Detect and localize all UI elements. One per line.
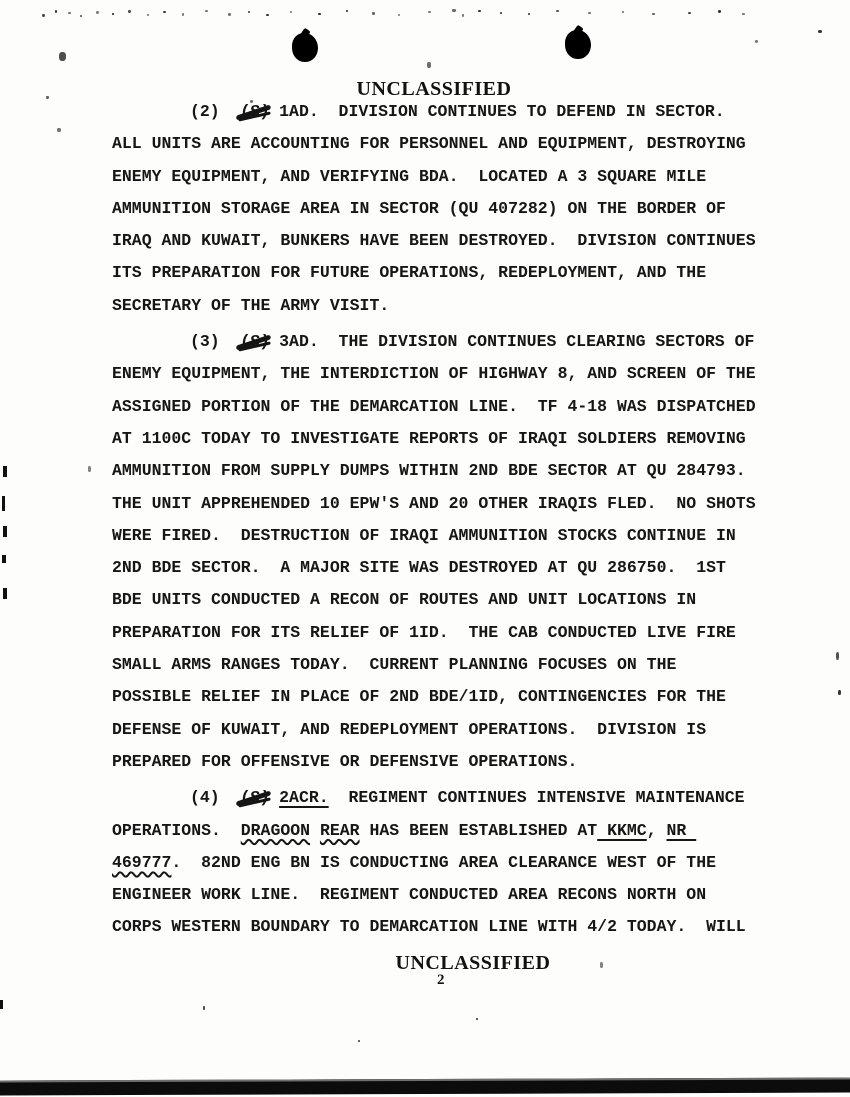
- scan-noise-speck: [358, 1040, 360, 1042]
- scan-noise-speck: [755, 40, 758, 43]
- text-line: ALL UNITS ARE ACCOUNTING FOR PERSONNEL A…: [112, 128, 792, 160]
- scan-noise-speck: [427, 62, 431, 68]
- text-segment: ,: [647, 821, 667, 840]
- text-segment: AMMUNITION FROM SUPPLY DUMPS WITHIN 2ND …: [112, 461, 746, 480]
- document-body: (2) (S) 1AD. DIVISION CONTINUES TO DEFEN…: [112, 96, 792, 944]
- scan-noise-speck: [462, 14, 464, 17]
- scan-noise-speck: [600, 962, 603, 968]
- text-segment: ENGINEER WORK LINE. REGIMENT CONDUCTED A…: [112, 885, 706, 904]
- text-line: SECRETARY OF THE ARMY VISIT.: [112, 290, 792, 322]
- scan-noise-speck: [80, 15, 82, 17]
- text-line: THE UNIT APPREHENDED 10 EPW'S AND 20 OTH…: [112, 488, 792, 520]
- scan-noise-speck: [112, 13, 114, 15]
- text-segment: ALL UNITS ARE ACCOUNTING FOR PERSONNEL A…: [112, 134, 746, 153]
- scan-noise-speck: [147, 14, 149, 16]
- scan-noise-speck: [266, 14, 269, 16]
- scan-noise-speck: [182, 13, 184, 16]
- scan-noise-speck: [228, 13, 231, 16]
- footer-classification: UNCLASSIFIED: [48, 952, 850, 975]
- text-segment: IRAQ AND KUWAIT, BUNKERS HAVE BEEN DESTR…: [112, 231, 756, 250]
- scan-noise-speck: [318, 13, 321, 15]
- page-number: 2: [437, 972, 445, 989]
- text-line: (3) (S) 3AD. THE DIVISION CONTINUES CLEA…: [112, 326, 792, 358]
- text-segment: WERE FIRED. DESTRUCTION OF IRAQI AMMUNIT…: [112, 526, 736, 545]
- text-segment: 2ND BDE SECTOR. A MAJOR SITE WAS DESTROY…: [112, 558, 726, 577]
- underlined-text: 469777: [112, 853, 171, 872]
- scan-edge-bar: [0, 1077, 850, 1095]
- scan-noise-speck: [622, 11, 624, 13]
- scan-noise-speck: [372, 12, 375, 15]
- text-segment: (3): [190, 332, 240, 351]
- scanned-page: UNCLASSIFIED (2) (S) 1AD. DIVISION CONTI…: [0, 0, 850, 1097]
- text-line: SMALL ARMS RANGES TODAY. CURRENT PLANNIN…: [112, 649, 792, 681]
- text-line: DEFENSE OF KUWAIT, AND REDEPLOYMENT OPER…: [112, 714, 792, 746]
- text-line: OPERATIONS. DRAGOON REAR HAS BEEN ESTABL…: [112, 815, 792, 847]
- scan-noise-speck: [96, 11, 99, 14]
- text-line: 2ND BDE SECTOR. A MAJOR SITE WAS DESTROY…: [112, 552, 792, 584]
- text-segment: (2): [190, 102, 240, 121]
- scan-noise-speck: [59, 52, 66, 61]
- underlined-text: DRAGOON: [241, 821, 310, 840]
- text-segment: CORPS WESTERN BOUNDARY TO DEMARCATION LI…: [112, 917, 746, 936]
- scan-noise-speck: [57, 128, 61, 132]
- text-segment: POSSIBLE RELIEF IN PLACE OF 2ND BDE/1ID,…: [112, 687, 726, 706]
- underlined-text: KKMC: [597, 821, 647, 840]
- text-segment: 1AD. DIVISION CONTINUES TO DEFEND IN SEC…: [269, 102, 724, 121]
- text-segment: BDE UNITS CONDUCTED A RECON OF ROUTES AN…: [112, 590, 696, 609]
- text-line: POSSIBLE RELIEF IN PLACE OF 2ND BDE/1ID,…: [112, 681, 792, 713]
- scan-noise-speck: [452, 9, 456, 12]
- text-line: ASSIGNED PORTION OF THE DEMARCATION LINE…: [112, 391, 792, 423]
- text-segment: OPERATIONS.: [112, 821, 241, 840]
- scan-noise-speck: [42, 14, 45, 17]
- margin-tick-mark: [2, 555, 6, 563]
- text-segment: ASSIGNED PORTION OF THE DEMARCATION LINE…: [112, 397, 756, 416]
- text-segment: DEFENSE OF KUWAIT, AND REDEPLOYMENT OPER…: [112, 720, 706, 739]
- scan-noise-speck: [476, 1018, 478, 1020]
- text-line: ENEMY EQUIPMENT, AND VERIFYING BDA. LOCA…: [112, 161, 792, 193]
- text-segment: AT 1100C TODAY TO INVESTIGATE REPORTS OF…: [112, 429, 746, 448]
- text-line: (4) (S) 2ACR. REGIMENT CONTINUES INTENSI…: [112, 782, 792, 814]
- hole-punch-mark: [292, 33, 318, 62]
- scan-noise-speck: [248, 11, 250, 13]
- text-segment: (4): [190, 788, 240, 807]
- margin-tick-mark: [0, 1000, 3, 1009]
- margin-tick-mark: [3, 526, 7, 537]
- text-line: AT 1100C TODAY TO INVESTIGATE REPORTS OF…: [112, 423, 792, 455]
- text-segment: . 82ND ENG BN IS CONDUCTING AREA CLEARAN…: [171, 853, 716, 872]
- scan-noise-speck: [556, 10, 559, 12]
- margin-tick-mark: [3, 466, 7, 477]
- scan-noise-speck: [688, 12, 691, 14]
- underlined-text: REAR: [320, 821, 360, 840]
- text-line: CORPS WESTERN BOUNDARY TO DEMARCATION LI…: [112, 911, 792, 943]
- scan-noise-speck: [346, 10, 348, 12]
- text-line: (2) (S) 1AD. DIVISION CONTINUES TO DEFEN…: [112, 96, 792, 128]
- text-line: ITS PREPARATION FOR FUTURE OPERATIONS, R…: [112, 257, 792, 289]
- scan-noise-speck: [128, 10, 131, 13]
- underlined-text: 2ACR.: [279, 788, 329, 807]
- scan-noise-speck: [163, 11, 166, 13]
- scan-noise-speck: [88, 466, 91, 472]
- text-segment: 3AD. THE DIVISION CONTINUES CLEARING SEC…: [269, 332, 754, 351]
- scan-noise-speck: [428, 11, 431, 13]
- text-segment: SECRETARY OF THE ARMY VISIT.: [112, 296, 389, 315]
- text-segment: PREPARED FOR OFFENSIVE OR DEFENSIVE OPER…: [112, 752, 577, 771]
- scan-noise-speck: [838, 690, 841, 695]
- underlined-text: NR: [667, 821, 697, 840]
- scan-noise-speck: [652, 13, 655, 15]
- hole-punch-mark: [565, 30, 591, 59]
- margin-tick-mark: [2, 496, 5, 511]
- struck-classification-marking: (S): [238, 96, 271, 128]
- text-line: AMMUNITION STORAGE AREA IN SECTOR (QU 40…: [112, 193, 792, 225]
- text-segment: REGIMENT CONTINUES INTENSIVE MAINTENANCE: [329, 788, 745, 807]
- scan-noise-speck: [528, 13, 530, 15]
- scan-noise-speck: [205, 10, 208, 12]
- text-segment: THE UNIT APPREHENDED 10 EPW'S AND 20 OTH…: [112, 494, 756, 513]
- struck-classification-marking: (S): [238, 782, 271, 814]
- scan-noise-speck: [818, 30, 822, 33]
- scan-noise-speck: [203, 1006, 205, 1010]
- scan-noise-speck: [55, 10, 57, 13]
- scan-noise-speck: [290, 11, 292, 13]
- scan-noise-speck: [500, 12, 502, 14]
- scan-noise-speck: [250, 100, 253, 103]
- text-segment: PREPARATION FOR ITS RELIEF OF 1ID. THE C…: [112, 623, 736, 642]
- scan-noise-speck: [718, 10, 721, 13]
- text-segment: [269, 788, 279, 807]
- text-line: PREPARATION FOR ITS RELIEF OF 1ID. THE C…: [112, 617, 792, 649]
- scan-noise-speck: [398, 14, 400, 16]
- scan-noise-speck: [46, 96, 49, 99]
- margin-tick-mark: [3, 588, 7, 599]
- text-line: 469777. 82ND ENG BN IS CONDUCTING AREA C…: [112, 847, 792, 879]
- scan-noise-speck: [68, 12, 71, 14]
- text-segment: ENEMY EQUIPMENT, THE INTERDICTION OF HIG…: [112, 364, 756, 383]
- text-line: BDE UNITS CONDUCTED A RECON OF ROUTES AN…: [112, 584, 792, 616]
- text-line: AMMUNITION FROM SUPPLY DUMPS WITHIN 2ND …: [112, 455, 792, 487]
- text-line: ENGINEER WORK LINE. REGIMENT CONDUCTED A…: [112, 879, 792, 911]
- text-segment: HAS BEEN ESTABLISHED AT: [360, 821, 598, 840]
- text-line: WERE FIRED. DESTRUCTION OF IRAQI AMMUNIT…: [112, 520, 792, 552]
- text-segment: ENEMY EQUIPMENT, AND VERIFYING BDA. LOCA…: [112, 167, 706, 186]
- text-line: IRAQ AND KUWAIT, BUNKERS HAVE BEEN DESTR…: [112, 225, 792, 257]
- text-segment: [310, 821, 320, 840]
- text-line: ENEMY EQUIPMENT, THE INTERDICTION OF HIG…: [112, 358, 792, 390]
- text-segment: SMALL ARMS RANGES TODAY. CURRENT PLANNIN…: [112, 655, 676, 674]
- scan-noise-speck: [836, 652, 839, 660]
- scan-noise-speck: [588, 12, 591, 14]
- scan-noise-speck: [478, 10, 481, 12]
- text-line: PREPARED FOR OFFENSIVE OR DEFENSIVE OPER…: [112, 746, 792, 778]
- text-segment: ITS PREPARATION FOR FUTURE OPERATIONS, R…: [112, 263, 706, 282]
- scan-noise-speck: [742, 13, 745, 15]
- struck-classification-marking: (S): [238, 326, 271, 358]
- text-segment: AMMUNITION STORAGE AREA IN SECTOR (QU 40…: [112, 199, 726, 218]
